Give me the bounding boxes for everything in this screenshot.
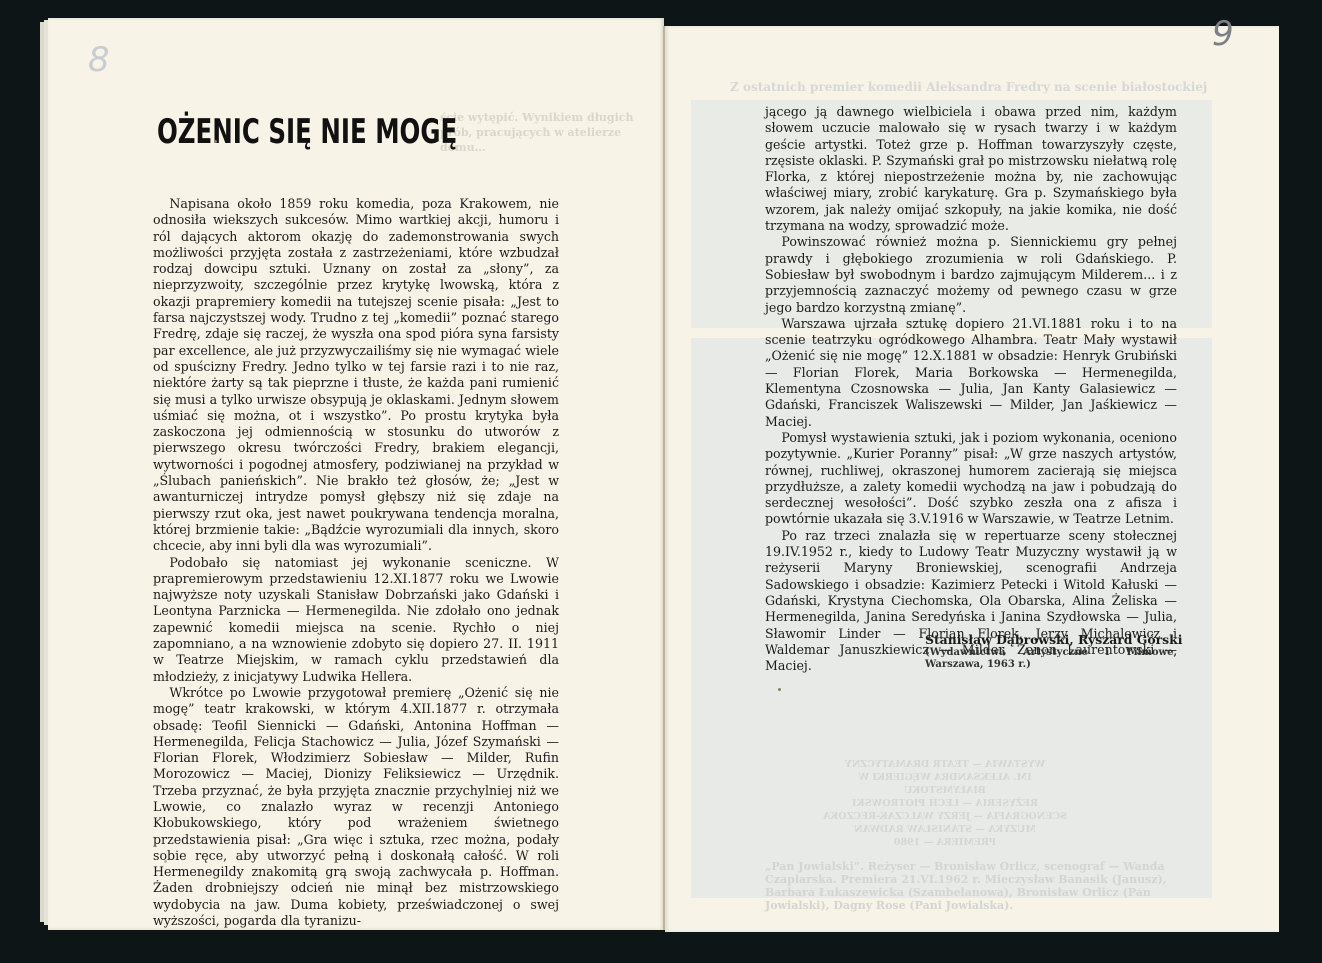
- paper-speck: [164, 860, 167, 863]
- bleed-through-caption: „Pan Jowialski”. Reżyser — Bronisław Orl…: [765, 860, 1175, 912]
- credit-line: IM. ALEKSANDRA WĘGIERKI W BIAŁYMSTOKU: [820, 771, 1070, 797]
- bleed-through-credits: WYSTAWIA — TEATR DRAMATYCZNY IM. ALEKSAN…: [820, 758, 1070, 849]
- signature-source: (Wydawnictwa Artystyczne i Filmowe, Wars…: [925, 647, 1177, 671]
- paragraph: Podobało się natomiast jej wykonanie sce…: [153, 555, 559, 685]
- credit-line: SCENOGRAFIA — JERZY WALCZAK-RECZOKA: [820, 810, 1070, 823]
- paragraph: Wkrótce po Lwowie przygotował premierę „…: [153, 685, 559, 929]
- signature-authors: Stanisław Dąbrowski, Ryszard Górski: [925, 632, 1177, 647]
- paragraph: jącego ją dawnego wielbiciela i obawa pr…: [765, 104, 1177, 234]
- credit-line: REŻYSERIA — LECH PIOTROWSKI: [820, 797, 1070, 810]
- article-signature: Stanisław Dąbrowski, Ryszard Górski (Wyd…: [925, 632, 1177, 671]
- bleed-through-heading: Z ostatnich premier komedii Aleksandra F…: [730, 80, 1207, 94]
- paper-speck: [214, 140, 217, 143]
- credit-line: MUZYKA — STANISŁAW RADWAN: [820, 823, 1070, 836]
- right-text-column: jącego ją dawnego wielbiciela i obawa pr…: [765, 104, 1177, 674]
- credit-line: PREMIERA — 1980: [820, 836, 1070, 849]
- left-page-number: 8: [88, 40, 110, 80]
- left-page-bleed-through: ście wytępić. Wynikiem długich prób, pra…: [440, 110, 640, 155]
- right-page-number: 9: [1212, 14, 1234, 54]
- article-title: OŻENIC SIĘ NIE MOGĘ: [157, 112, 457, 152]
- paper-speck: [778, 688, 781, 691]
- left-text-column: Napisana około 1859 roku komedia, poza K…: [153, 196, 559, 929]
- paragraph: Powinszować również można p. Siennickiem…: [765, 234, 1177, 315]
- credit-line: WYSTAWIA — TEATR DRAMATYCZNY: [820, 758, 1070, 771]
- book-spread: 8 ście wytępić. Wynikiem długich prób, p…: [0, 0, 1322, 963]
- paragraph: Warszawa ujrzała sztukę dopiero 21.VI.18…: [765, 316, 1177, 430]
- paragraph: Pomysł wystawienia sztuki, jak i poziom …: [765, 430, 1177, 528]
- paragraph: Napisana około 1859 roku komedia, poza K…: [153, 196, 559, 555]
